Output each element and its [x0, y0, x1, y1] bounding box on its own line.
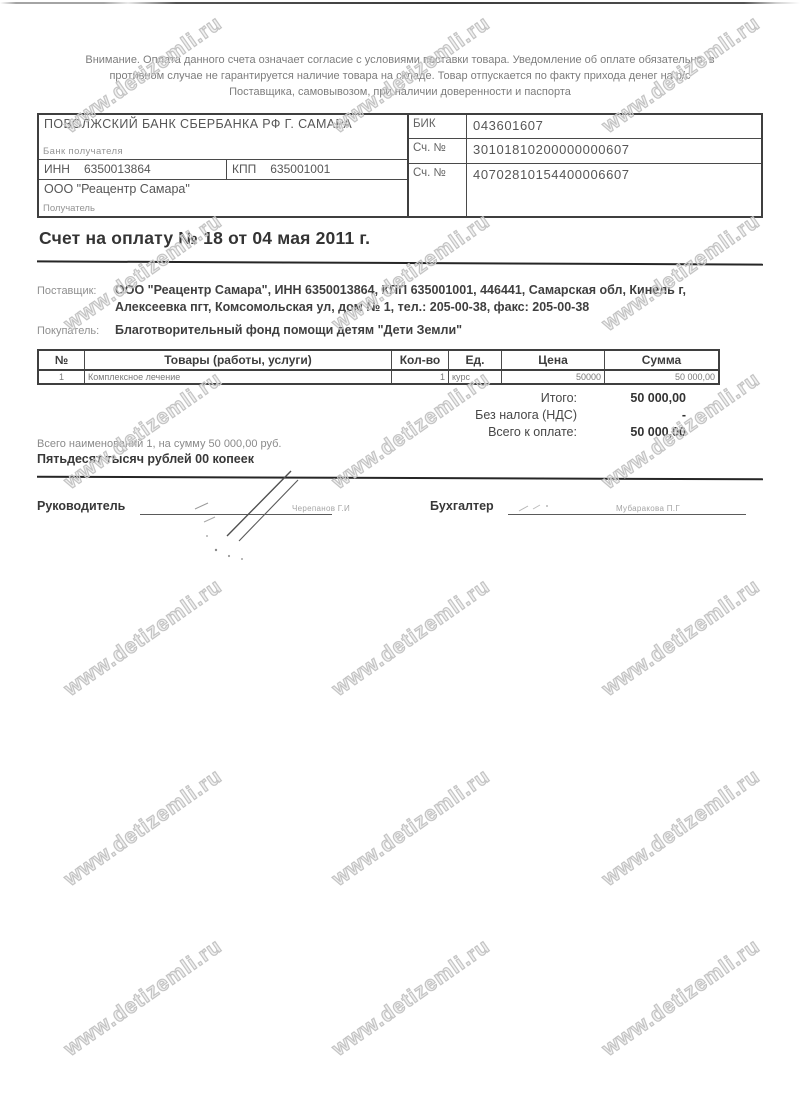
- items-header-row: № Товары (работы, услуги) Кол-во Ед. Цен…: [38, 350, 719, 370]
- buyer-value: Благотворительный фонд помощи детям "Дет…: [115, 322, 753, 339]
- tax-value: -: [577, 407, 686, 424]
- bik-label: БИК: [409, 115, 467, 139]
- supplier-label: Поставщик:: [37, 285, 96, 297]
- item-amount: 50 000,00: [605, 370, 720, 384]
- col-header-price: Цена: [502, 350, 605, 370]
- items-count-line: Всего наименований 1, на сумму 50 000,00…: [37, 438, 282, 450]
- watermark: www.detizemli.ru: [598, 575, 765, 702]
- bik-value: 043601607: [467, 115, 761, 139]
- tax-label: Без налога (НДС): [300, 407, 577, 424]
- tax-row: Без налога (НДС) -: [300, 407, 686, 424]
- inn-label: ИНН: [44, 162, 70, 176]
- corr-account-value: 30101810200000000607: [467, 139, 761, 164]
- watermark: www.detizemli.ru: [328, 575, 495, 702]
- watermark: www.detizemli.ru: [60, 575, 227, 702]
- watermark: www.detizemli.ru: [60, 935, 227, 1062]
- subtotal-value: 50 000,00: [577, 390, 686, 407]
- recipient-cell: ООО "Реацентр Самара" Получатель: [39, 180, 407, 216]
- col-header-amount: Сумма: [605, 350, 720, 370]
- recipient-section-label: Получатель: [43, 203, 95, 214]
- corr-account-label: Сч. №: [409, 139, 467, 164]
- item-unit: курс: [449, 370, 502, 384]
- col-header-unit: Ед.: [449, 350, 502, 370]
- kpp-cell: КПП635001001: [227, 160, 407, 179]
- col-header-num: №: [38, 350, 85, 370]
- subtotal-label: Итого:: [300, 390, 577, 407]
- col-header-name: Товары (работы, услуги): [85, 350, 392, 370]
- total-value: 50 000,00: [577, 424, 686, 441]
- inn-cell: ИНН6350013864: [39, 160, 227, 179]
- director-label: Руководитель: [37, 499, 125, 513]
- watermark: www.detizemli.ru: [598, 765, 765, 892]
- bank-name-cell: ПОВОЛЖСКИЙ БАНК СБЕРБАНКА РФ Г. САМАРА Б…: [39, 115, 407, 160]
- bank-requisites-table: ПОВОЛЖСКИЙ БАНК СБЕРБАНКА РФ Г. САМАРА Б…: [37, 113, 763, 218]
- settlement-account-label: Сч. №: [409, 164, 467, 216]
- watermark: www.detizemli.ru: [598, 935, 765, 1062]
- settlement-account-value: 40702810154400006607: [467, 164, 761, 216]
- watermark: www.detizemli.ru: [60, 765, 227, 892]
- bank-name: ПОВОЛЖСКИЙ БАНК СБЕРБАНКА РФ Г. САМАРА: [44, 117, 352, 131]
- director-signature-scribble: [185, 460, 320, 565]
- item-num: 1: [38, 370, 85, 384]
- item-qty: 1: [392, 370, 449, 384]
- bank-left-block: ПОВОЛЖСКИЙ БАНК СБЕРБАНКА РФ Г. САМАРА Б…: [39, 115, 409, 216]
- watermark: www.detizemli.ru: [328, 765, 495, 892]
- watermark: www.detizemli.ru: [598, 210, 765, 337]
- total-row: Всего к оплате: 50 000,00: [300, 424, 686, 441]
- scan-artifact-line: [0, 2, 800, 4]
- payment-disclaimer: Внимание. Оплата данного счета означает …: [85, 52, 715, 100]
- invoice-title: Счет на оплату № 18 от 04 мая 2011 г.: [39, 228, 370, 249]
- item-name: Комплексное лечение: [85, 370, 392, 384]
- title-rule: [37, 260, 763, 265]
- total-label: Всего к оплате:: [300, 424, 577, 441]
- kpp-value: 635001001: [270, 162, 330, 176]
- accountant-label: Бухгалтер: [430, 499, 494, 513]
- accountant-signature-scribble: [516, 496, 571, 516]
- items-table: № Товары (работы, услуги) Кол-во Ед. Цен…: [37, 349, 720, 385]
- buyer-label: Покупатель:: [37, 325, 99, 337]
- inn-value: 6350013864: [84, 162, 151, 176]
- subtotal-row: Итого: 50 000,00: [300, 390, 686, 407]
- bank-right-block: БИК 043601607 Сч. № 30101810200000000607…: [409, 115, 761, 216]
- totals-block: Итого: 50 000,00 Без налога (НДС) - Всег…: [300, 390, 686, 441]
- watermark: www.detizemli.ru: [328, 935, 495, 1062]
- bank-section-label: Банк получателя: [43, 146, 123, 157]
- col-header-qty: Кол-во: [392, 350, 449, 370]
- recipient-name: ООО "Реацентр Самара": [44, 182, 190, 196]
- scanned-invoice-page: www.detizemli.ruwww.detizemli.ruwww.deti…: [0, 0, 800, 1102]
- kpp-label: КПП: [232, 162, 256, 176]
- accountant-name: Мубаракова П.Г: [616, 504, 680, 513]
- table-row: 1 Комплексное лечение 1 курс 50000 50 00…: [38, 370, 719, 384]
- separator-rule: [37, 476, 763, 481]
- item-price: 50000: [502, 370, 605, 384]
- inn-kpp-row: ИНН6350013864 КПП635001001: [39, 160, 407, 180]
- supplier-value: ООО "Реацентр Самара", ИНН 6350013864, К…: [115, 282, 753, 316]
